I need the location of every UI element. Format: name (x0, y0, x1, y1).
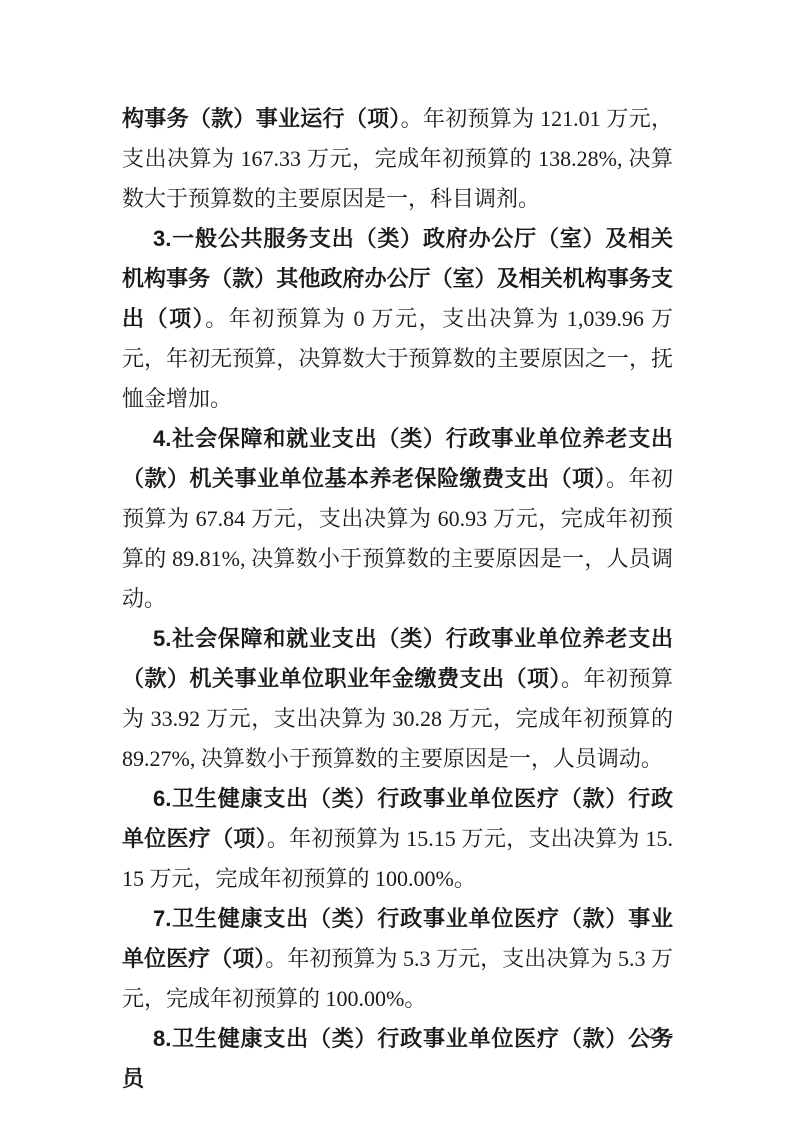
paragraph-item-4: 4.社会保障和就业支出（类）行政事业单位养老支出（款）机关事业单位基本养老保险缴… (122, 419, 673, 619)
paragraph-continuation: 构事务（款）事业运行（项）。年初预算为 121.01 万元，支出决算为 167.… (122, 99, 673, 219)
paragraph-lead-bold: 8.卫生健康支出（类）行政事业单位医疗（款）公务员 (122, 1026, 673, 1091)
paragraph-item-7: 7.卫生健康支出（类）行政事业单位医疗（款）事业单位医疗（项）。年初预算为 5.… (122, 899, 673, 1019)
document-page: 构事务（款）事业运行（项）。年初预算为 121.01 万元，支出决算为 167.… (0, 0, 793, 1122)
paragraph-body-text: 。年初预算为 0 万元，支出决算为 1,039.96 万元，年初无预算，决算数大… (122, 306, 673, 411)
document-body: 构事务（款）事业运行（项）。年初预算为 121.01 万元，支出决算为 167.… (122, 99, 673, 1099)
paragraph-item-8: 8.卫生健康支出（类）行政事业单位医疗（款）公务员 (122, 1019, 673, 1099)
paragraph-item-5: 5.社会保障和就业支出（类）行政事业单位养老支出（款）机关事业单位职业年金缴费支… (122, 619, 673, 779)
paragraph-lead-bold: 构事务（款）事业运行（项） (122, 106, 401, 131)
paragraph-item-6: 6.卫生健康支出（类）行政事业单位医疗（款）行政单位医疗（项）。年初预算为 15… (122, 779, 673, 899)
paragraph-item-3: 3.一般公共服务支出（类）政府办公厅（室）及相关机构事务（款）其他政府办公厅（室… (122, 219, 673, 419)
page-number: - 21 - (641, 1024, 674, 1044)
paragraph-lead-bold: 4.社会保障和就业支出（类）行政事业单位养老支出（款）机关事业单位基本养老保险缴… (122, 426, 673, 491)
